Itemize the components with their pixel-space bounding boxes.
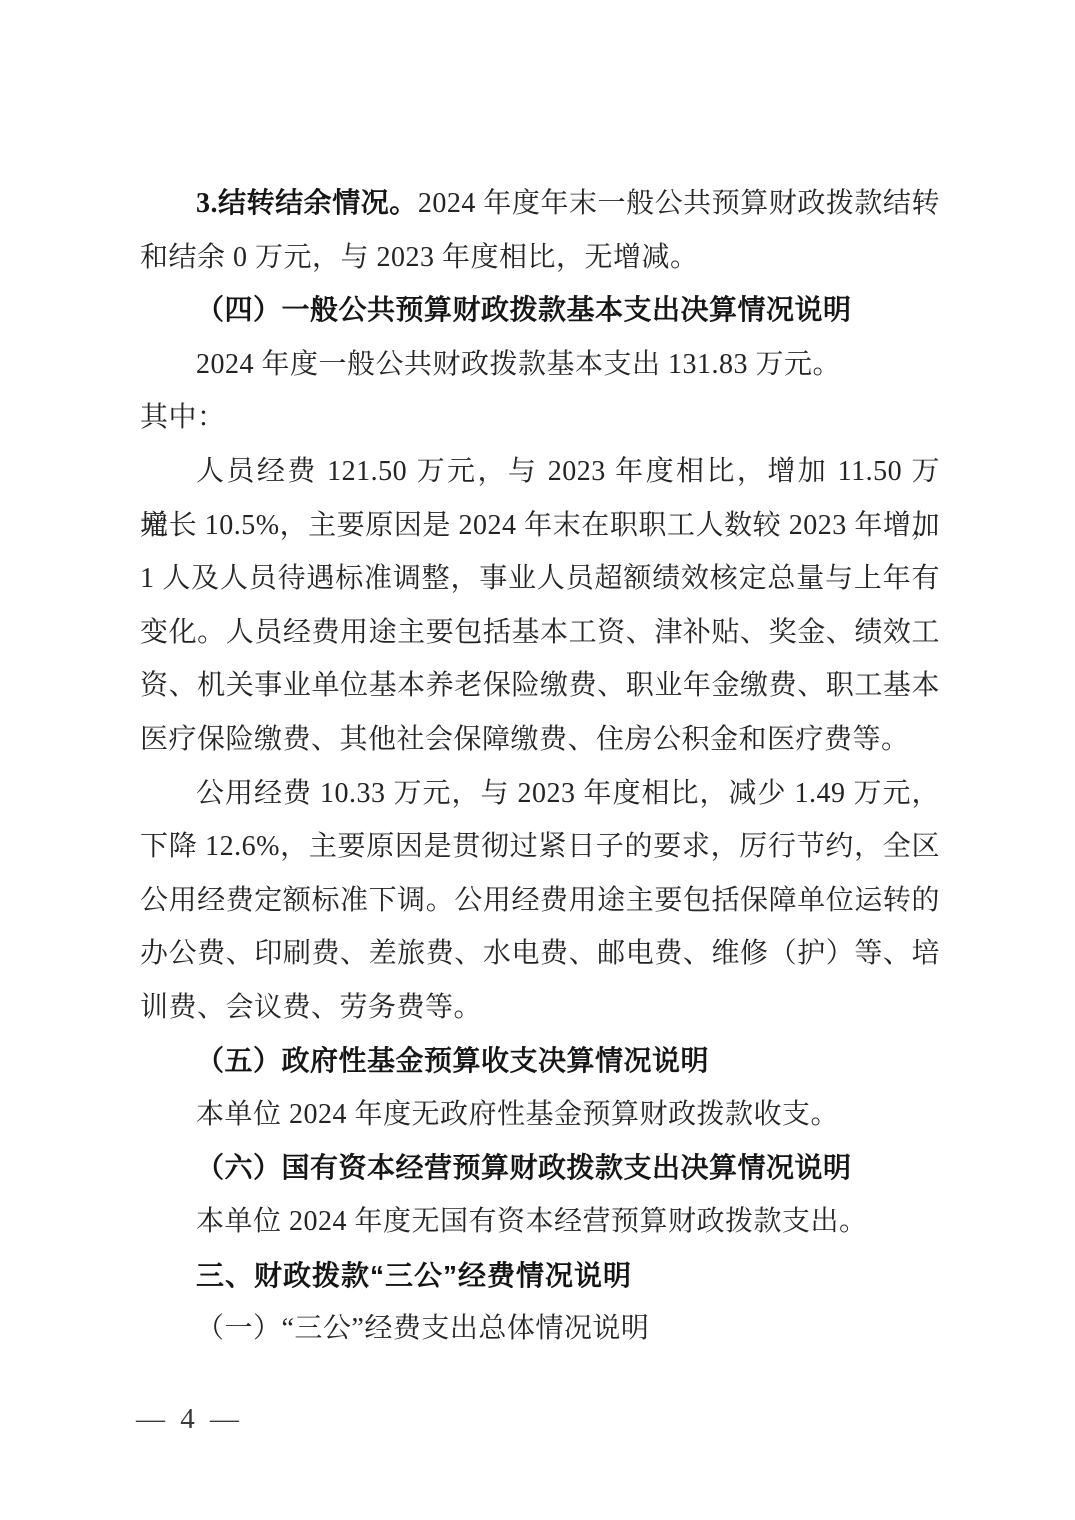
heading-section-6-state-capital: （六）国有资本经营预算财政拨款支出决算情况说明 (140, 1142, 940, 1196)
para-carryover-balance-line2: 和结余 0 万元，与 2023 年度相比，无增减。 (140, 231, 940, 285)
para-personnel-funds-line6: 医疗保险缴费、其他社会保障缴费、住房公积金和医疗费等。 (140, 713, 940, 767)
para-basic-expenditure-total: 2024 年度一般公共财政拨款基本支出 131.83 万元。 (140, 338, 940, 392)
page: 3.结转结余情况。2024 年度年末一般公共预算财政拨款结转 和结余 0 万元，… (0, 0, 1075, 1520)
inline-heading-carryover: 3.结转结余情况。 (196, 188, 418, 219)
heading-section-5-government-fund: （五）政府性基金预算收支决算情况说明 (140, 1035, 940, 1089)
heading-chapter-3-three-public-funds: 三、财政拨款“三公”经费情况说明 (140, 1249, 940, 1303)
heading-section-1-three-public-overview: （一）“三公”经费支出总体情况说明 (140, 1302, 940, 1356)
para-among-which-label: 其中： (140, 391, 940, 445)
para-public-funds-line3: 公用经费定额标准下调。公用经费用途主要包括保障单位运转的 (140, 874, 940, 928)
para-state-capital-none: 本单位 2024 年度无国有资本经营预算财政拨款支出。 (140, 1195, 940, 1249)
heading-section-4-basic-expenditure: （四）一般公共预算财政拨款基本支出决算情况说明 (140, 284, 940, 338)
para-personnel-funds-line3: 1 人及人员待遇标准调整，事业人员超额绩效核定总量与上年有 (140, 552, 940, 606)
para-public-funds-line5: 训费、会议费、劳务费等。 (140, 981, 940, 1035)
para-personnel-funds-line4: 变化。人员经费用途主要包括基本工资、津补贴、奖金、绩效工 (140, 606, 940, 660)
body-text: 2024 年度年末一般公共预算财政拨款结转 (418, 188, 940, 219)
para-public-funds-line1: 公用经费 10.33 万元，与 2023 年度相比，减少 1.49 万元， (140, 767, 940, 821)
para-personnel-funds-line5: 资、机关事业单位基本养老保险缴费、职业年金缴费、职工基本 (140, 659, 940, 713)
para-carryover-balance-line1: 3.结转结余情况。2024 年度年末一般公共预算财政拨款结转 (140, 177, 940, 231)
para-personnel-funds-line2: 增长 10.5%，主要原因是 2024 年末在职职工人数较 2023 年增加 (140, 499, 940, 553)
para-personnel-funds-line1: 人员经费 121.50 万元，与 2023 年度相比，增加 11.50 万元， (140, 445, 940, 499)
document-body: 3.结转结余情况。2024 年度年末一般公共预算财政拨款结转 和结余 0 万元，… (140, 177, 940, 1356)
para-government-fund-none: 本单位 2024 年度无政府性基金预算财政拨款收支。 (140, 1088, 940, 1142)
scanned-document-page: { "page": { "number_label": "— 4 —", "ba… (0, 0, 1075, 1520)
para-public-funds-line2: 下降 12.6%，主要原因是贯彻过紧日子的要求，厉行节约，全区 (140, 820, 940, 874)
para-public-funds-line4: 办公费、印刷费、差旅费、水电费、邮电费、维修（护）等、培 (140, 927, 940, 981)
page-number: — 4 — (136, 1403, 243, 1436)
